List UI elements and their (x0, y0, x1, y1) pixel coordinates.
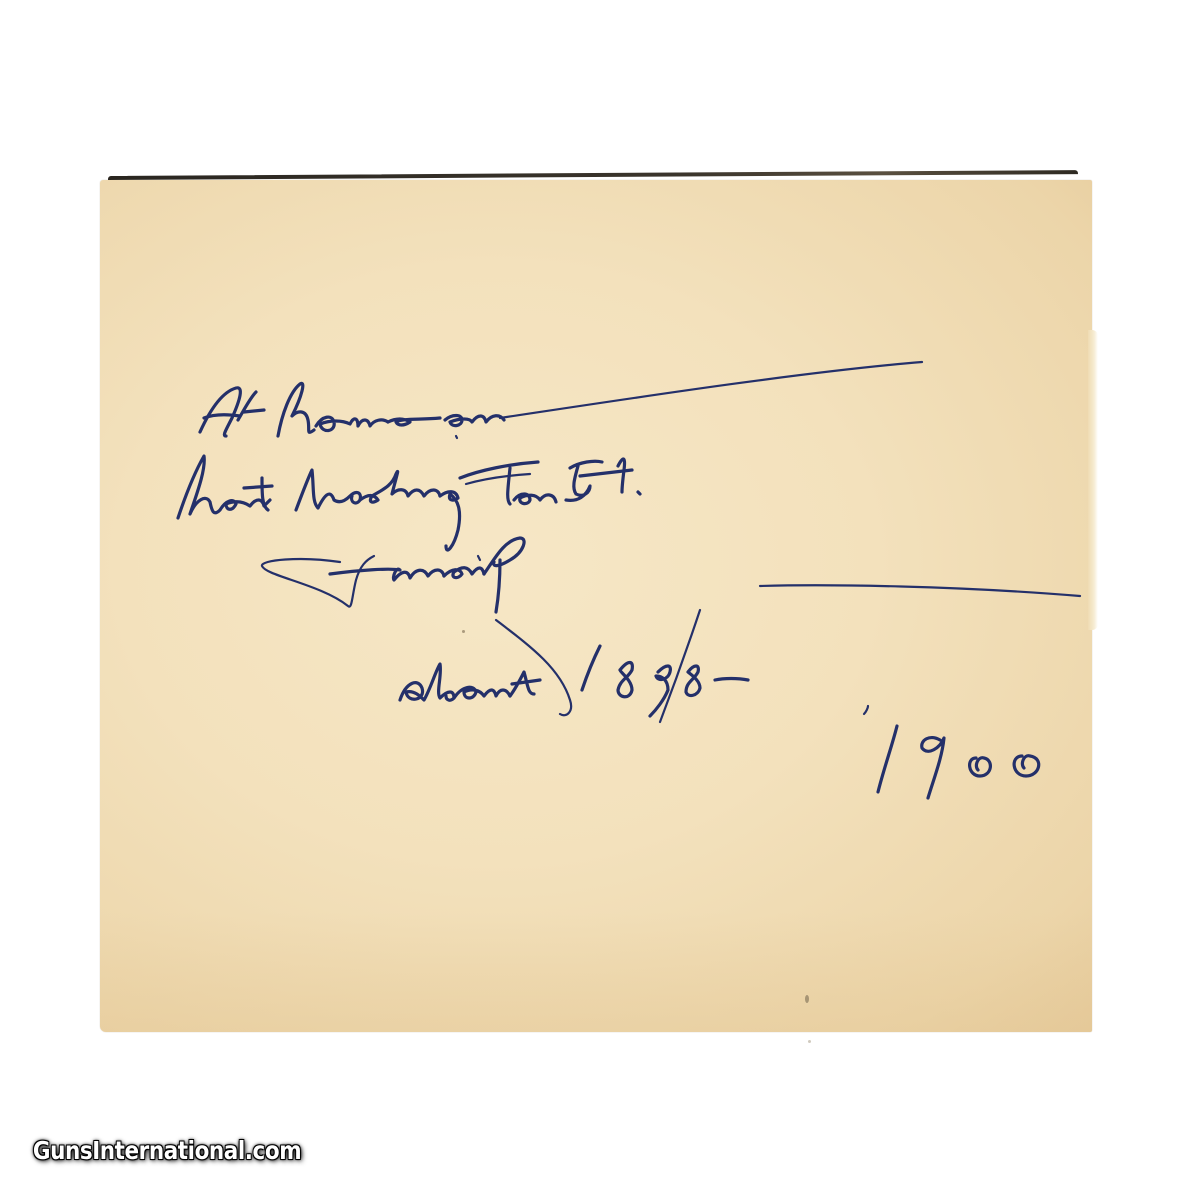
note-line-1: At house on (0, 0, 1, 1)
torn-edge (1088, 330, 1098, 630)
watermark-logo: GunsInternational.com (26, 1132, 308, 1169)
paper-speck (808, 1040, 811, 1043)
paper-card (100, 180, 1092, 1032)
note-transcription: At house on West Washington St. Phoenix … (0, 0, 1, 1)
paper-speck (462, 630, 465, 633)
photograph: At house on West Washington St. Phoenix … (0, 0, 1200, 1200)
paper-speck (805, 995, 809, 1003)
